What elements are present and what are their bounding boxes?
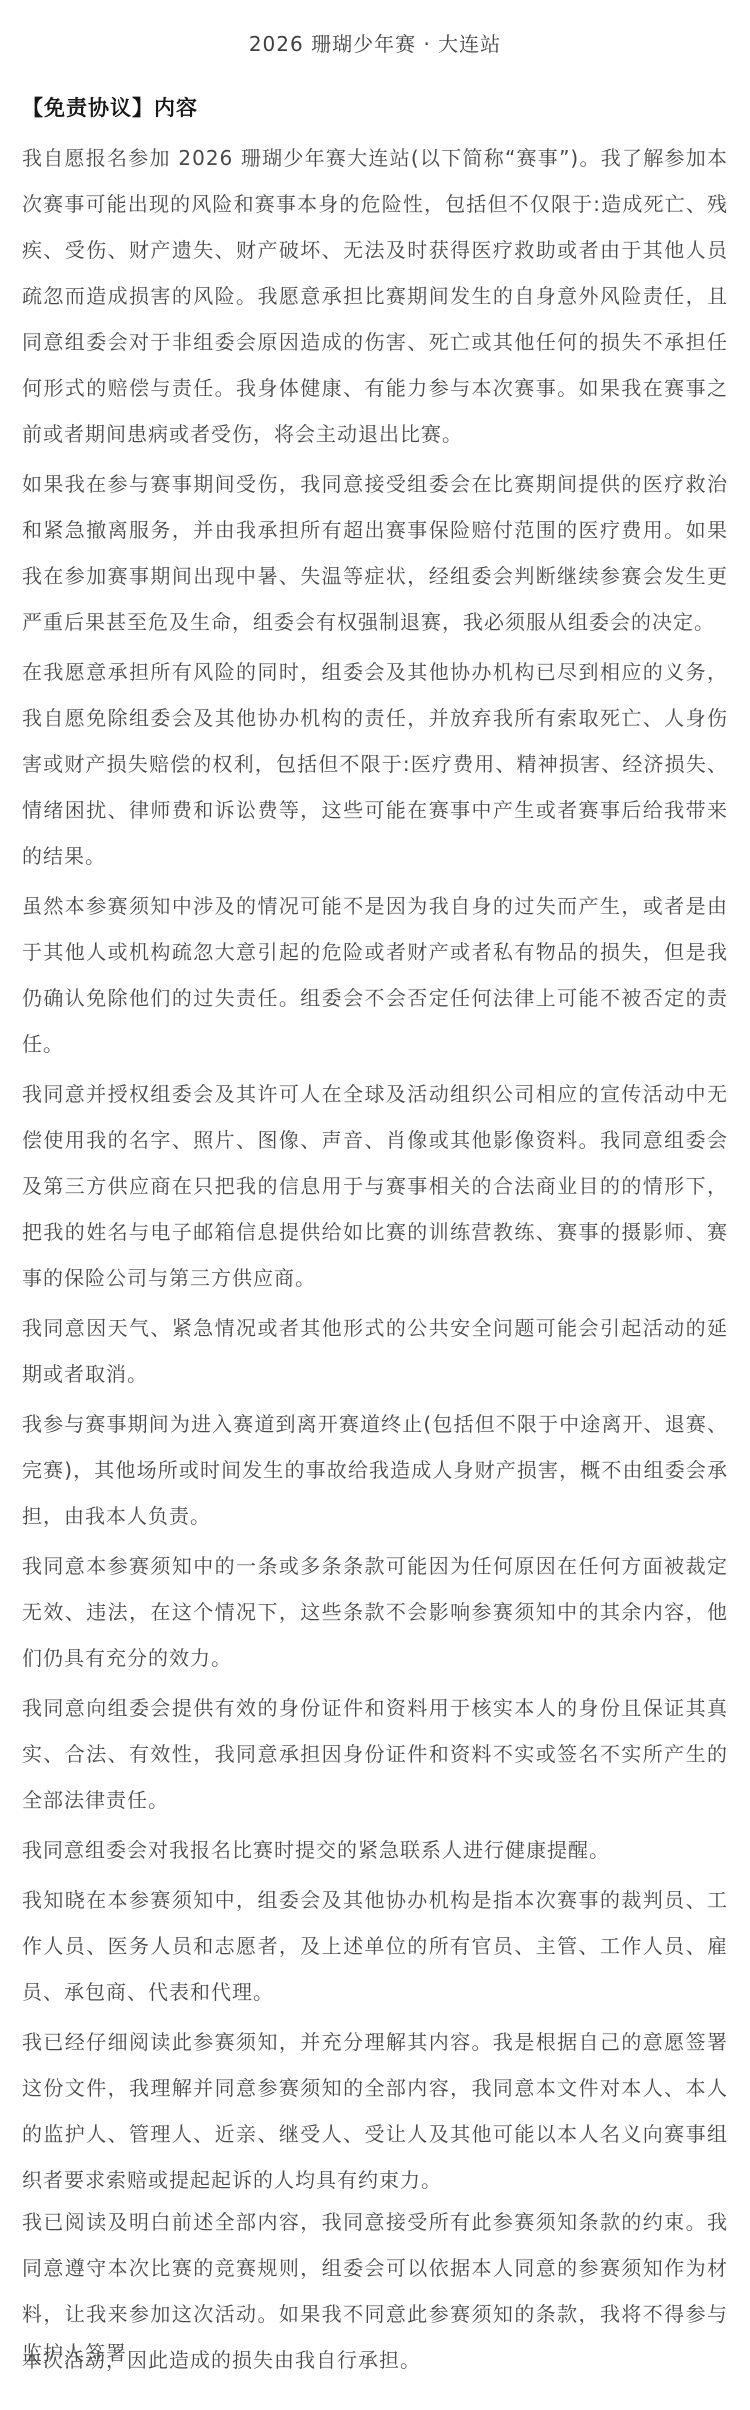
waiver-paragraph: 我已经仔细阅读此参赛须知，并充分理解其内容。我是根据自己的意愿签署这份文件，我理… bbox=[22, 2019, 728, 2203]
waiver-paragraph: 我同意并授权组委会及其许可人在全球及活动组织公司相应的宣传活动中无偿使用我的名字… bbox=[22, 1071, 728, 1301]
guardian-signature-label: 监护人签署 bbox=[22, 2342, 127, 2364]
waiver-paragraph: 如果我在参与赛事期间受伤，我同意接受组委会在比赛期间提供的医疗救治和紧急撤离服务… bbox=[22, 461, 728, 645]
section-heading: 【免责协议】内容 bbox=[22, 98, 728, 118]
waiver-document: 2026 珊瑚少年赛 · 大连站 【免责协议】内容 我自愿报名参加 2026 珊… bbox=[0, 0, 750, 2383]
waiver-paragraph: 在我愿意承担所有风险的同时，组委会及其他协办机构已尽到相应的义务，我自愿免除组委… bbox=[22, 649, 728, 879]
page-title: 2026 珊瑚少年赛 · 大连站 bbox=[22, 34, 728, 54]
waiver-paragraph: 我参与赛事期间为进入赛道到离开赛道终止(包括但不限于中途离开、退赛、完赛)，其他… bbox=[22, 1401, 728, 1539]
waiver-paragraph: 我自愿报名参加 2026 珊瑚少年赛大连站(以下简称“赛事”)。我了解参加本次赛… bbox=[22, 135, 728, 457]
waiver-paragraph: 我同意因天气、紧急情况或者其他形式的公共安全问题可能会引起活动的延期或者取消。 bbox=[22, 1305, 728, 1397]
waiver-paragraph: 我同意向组委会提供有效的身份证件和资料用于核实本人的身份且保证其真实、合法、有效… bbox=[22, 1685, 728, 1823]
waiver-paragraph: 我同意本参赛须知中的一条或多条条款可能因为任何原因在任何方面被裁定无效、违法，在… bbox=[22, 1543, 728, 1681]
waiver-paragraph: 我知晓在本参赛须知中，组委会及其他协办机构是指本次赛事的裁判员、工作人员、医务人… bbox=[22, 1877, 728, 2015]
waiver-body: 我自愿报名参加 2026 珊瑚少年赛大连站(以下简称“赛事”)。我了解参加本次赛… bbox=[22, 118, 728, 2383]
waiver-paragraph: 我同意组委会对我报名比赛时提交的紧急联系人进行健康提醒。 bbox=[22, 1827, 728, 1873]
waiver-paragraph: 我已阅读及明白前述全部内容，我同意接受所有此参赛须知条款的约束。我同意遵守本次比… bbox=[22, 2199, 728, 2383]
waiver-paragraph: 虽然本参赛须知中涉及的情况可能不是因为我自身的过失而产生，或者是由于其他人或机构… bbox=[22, 883, 728, 1067]
